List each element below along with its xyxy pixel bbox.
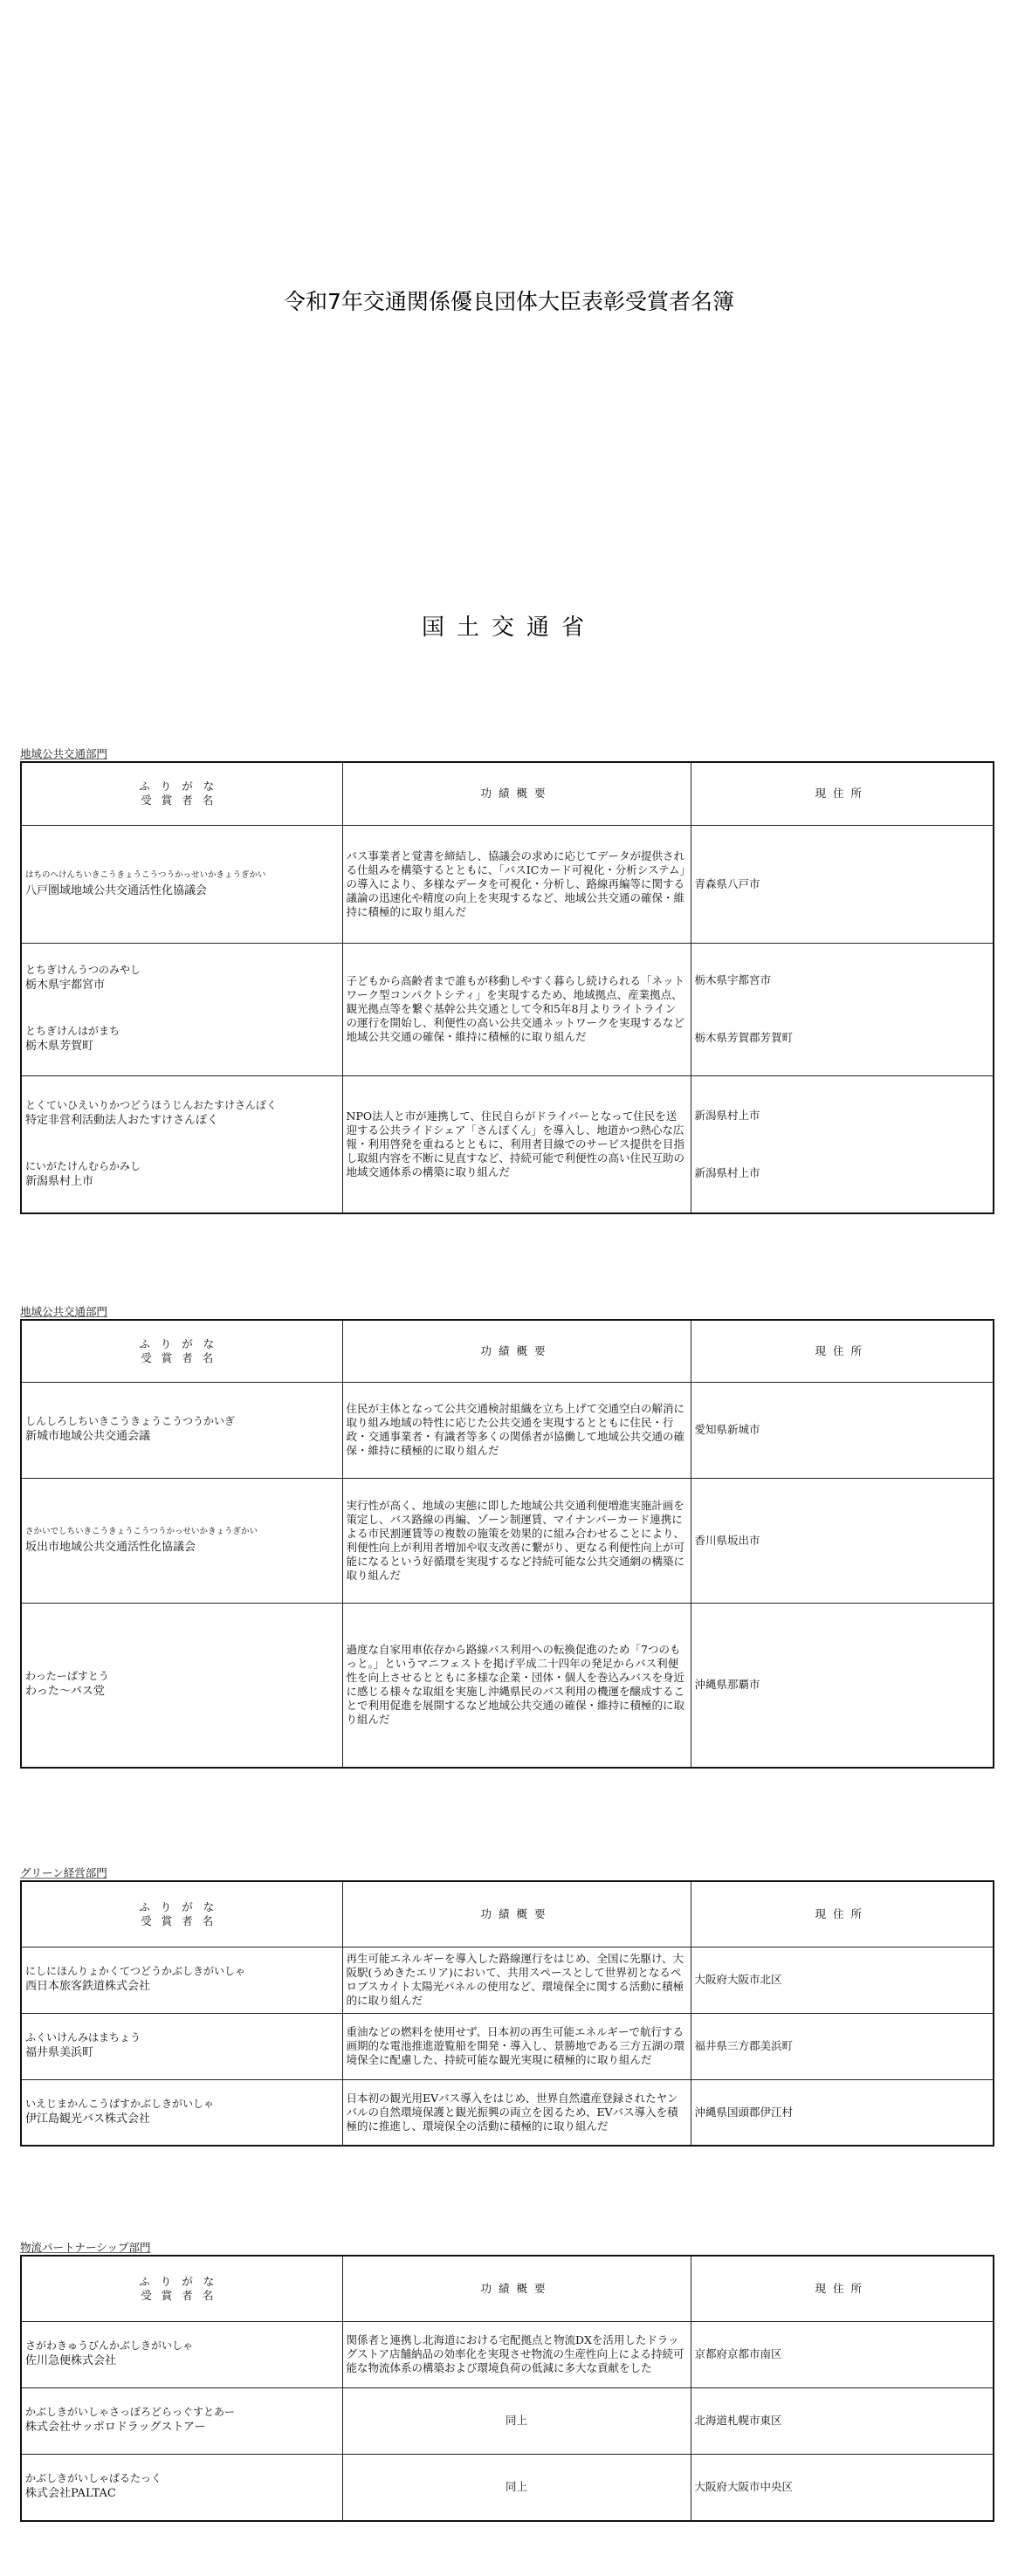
address-cell: 栃木県宇都宮市栃木県芳賀郡芳賀町: [691, 943, 994, 1075]
awardee-entity: ふくいけんみはまちょう福井県美浜町: [25, 2030, 339, 2062]
awardee-cell: さがわきゅうびんかぶしきがいしゃ佐川急便株式会社: [21, 2321, 342, 2387]
address-cell: 京都府京都市南区: [691, 2321, 994, 2387]
awardee-cell: ふくいけんみはまちょう福井県美浜町: [21, 2013, 342, 2079]
awardee-name: わった〜バス党: [25, 1683, 339, 1700]
section-label: 地域公共交通部門: [20, 1305, 993, 1319]
header-address: 現住所: [691, 762, 994, 825]
header-summary: 功績概要: [342, 1881, 691, 1947]
address-text: 福井県三方郡美浜町: [695, 2039, 990, 2053]
awardee-name: 新城市地域公共交通会議: [25, 1428, 339, 1446]
address-text: 大阪府大阪市中央区: [695, 2480, 990, 2494]
table-row: かぶしきがいしゃぱるたっく株式会社PALTAC同上大阪府大阪市中央区: [21, 2454, 994, 2521]
header-awardee: 受賞者名: [25, 2289, 339, 2303]
address-text: 栃木県芳賀郡芳賀町: [695, 1031, 990, 1045]
section-label: 地域公共交通部門: [20, 747, 993, 761]
address-text: 新潟県村上市: [695, 1166, 990, 1180]
awardee-entity: いえじまかんこうばすかぶしきがいしゃ伊江島観光バス株式会社: [25, 2097, 339, 2128]
table-row: はちのへけんちいきこうきょうこうつうかっせいかきょうぎかい八戸圏域地域公共交通活…: [21, 825, 994, 943]
achievement-summary: 同上: [342, 2387, 691, 2454]
table-row: とちぎけんうつのみやし栃木県宇都宮市とちぎけんはがまち栃木県芳賀町子どもから高齢…: [21, 943, 994, 1075]
table-row: いえじまかんこうばすかぶしきがいしゃ伊江島観光バス株式会社日本初の観光用EVバス…: [21, 2079, 994, 2146]
table-row: にしにほんりょかくてつどうかぶしきがいしゃ西日本旅客鉄道株式会社再生可能エネルギ…: [21, 1947, 994, 2013]
awardee-furigana: ふくいけんみはまちょう: [25, 2030, 339, 2044]
awardee-table: ふりがな受賞者名功績概要現住所しんしろしちいきこうきょうこうつうかいぎ新城市地域…: [20, 1319, 994, 1769]
awardee-furigana: わったーばすとう: [25, 1669, 339, 1683]
address-text: 愛知県新城市: [695, 1423, 990, 1437]
table-header-row: ふりがな受賞者名功績概要現住所: [21, 1320, 994, 1382]
table-row: とくていひえいりかつどうほうじんおたすけさんぽく特定非営利活動法人おたすけさんぽ…: [21, 1075, 994, 1213]
awardee-name: 伊江島観光バス株式会社: [25, 2111, 339, 2128]
address-cell: 福井県三方郡美浜町: [691, 2013, 994, 2079]
header-summary: 功績概要: [342, 2256, 691, 2321]
section-regional-transport-2: 地域公共交通部門ふりがな受賞者名功績概要現住所しんしろしちいきこうきょうこうつう…: [20, 1305, 993, 1769]
awardee-entity: にしにほんりょかくてつどうかぶしきがいしゃ西日本旅客鉄道株式会社: [25, 1964, 339, 1996]
awardee-furigana: さがわきゅうびんかぶしきがいしゃ: [25, 2339, 339, 2353]
address-cell: 青森県八戸市: [691, 825, 994, 943]
awardee-cell: とくていひえいりかつどうほうじんおたすけさんぽく特定非営利活動法人おたすけさんぽ…: [21, 1075, 342, 1213]
awardee-furigana: とちぎけんうつのみやし: [25, 963, 339, 977]
awardee-entity: とちぎけんうつのみやし栃木県宇都宮市: [25, 963, 339, 994]
address-text: 新潟県村上市: [695, 1109, 990, 1123]
awardee-name: 八戸圏域地域公共交通活性化協議会: [25, 883, 339, 900]
awardee-entity: しんしろしちいきこうきょうこうつうかいぎ新城市地域公共交通会議: [25, 1414, 339, 1446]
address-cell: 北海道札幌市東区: [691, 2387, 994, 2454]
header-furigana: ふりがな: [25, 1900, 339, 1914]
awardee-furigana: にいがたけんむらかみし: [25, 1159, 339, 1173]
section-label: グリーン経営部門: [20, 1866, 993, 1880]
awardee-furigana: かぶしきがいしゃぱるたっく: [25, 2471, 339, 2485]
header-awardee-name: ふりがな受賞者名: [21, 1320, 342, 1382]
section-green-management: グリーン経営部門ふりがな受賞者名功績概要現住所にしにほんりょかくてつどうかぶしき…: [20, 1866, 993, 2147]
awardee-name: 株式会社PALTAC: [25, 2485, 339, 2503]
awardee-cell: はちのへけんちいきこうきょうこうつうかっせいかきょうぎかい八戸圏域地域公共交通活…: [21, 825, 342, 943]
achievement-summary: NPO法人と市が連携して、住民自らがドライバーとなって住民を送迎する公共ライドシ…: [342, 1075, 691, 1213]
header-address: 現住所: [691, 2256, 994, 2321]
address-text: 沖縄県那覇市: [695, 1678, 990, 1692]
awardee-table: ふりがな受賞者名功績概要現住所にしにほんりょかくてつどうかぶしきがいしゃ西日本旅…: [20, 1880, 994, 2147]
table-row: ふくいけんみはまちょう福井県美浜町重油などの燃料を使用せず、日本初の再生可能エネ…: [21, 2013, 994, 2079]
address-cell: 愛知県新城市: [691, 1382, 994, 1478]
achievement-summary: 重油などの燃料を使用せず、日本初の再生可能エネルギーで航行する画期的な電池推進遊…: [342, 2013, 691, 2079]
awardee-furigana: にしにほんりょかくてつどうかぶしきがいしゃ: [25, 1964, 339, 1978]
achievement-summary: 子どもから高齢者まで誰もが移動しやすく暮らし続けられる「ネットワーク型コンパクト…: [342, 943, 691, 1075]
awardee-name: 佐川急便株式会社: [25, 2353, 339, 2370]
table-header-row: ふりがな受賞者名功績概要現住所: [21, 1881, 994, 1947]
awardee-cell: さかいでしちいきこうきょうこうつうかっせいかきょうぎかい坂出市地域公共交通活性化…: [21, 1478, 342, 1603]
awardee-cell: かぶしきがいしゃぱるたっく株式会社PALTAC: [21, 2454, 342, 2521]
achievement-summary: バス事業者と覚書を締結し、協議会の求めに応じてデータが提供される仕組みを構築する…: [342, 825, 691, 943]
awardee-entity: はちのへけんちいきこうきょうこうつうかっせいかきょうぎかい八戸圏域地域公共交通活…: [25, 869, 339, 900]
awardee-name: 西日本旅客鉄道株式会社: [25, 1978, 339, 1996]
address-cell: 大阪府大阪市中央区: [691, 2454, 994, 2521]
address-cell: 新潟県村上市新潟県村上市: [691, 1075, 994, 1213]
table-header-row: ふりがな受賞者名功績概要現住所: [21, 2256, 994, 2321]
awardee-cell: しんしろしちいきこうきょうこうつうかいぎ新城市地域公共交通会議: [21, 1382, 342, 1478]
awardee-table: ふりがな受賞者名功績概要現住所さがわきゅうびんかぶしきがいしゃ佐川急便株式会社関…: [20, 2255, 994, 2522]
header-awardee-name: ふりがな受賞者名: [21, 2256, 342, 2321]
section-logistics-partnership: 物流パートナーシップ部門ふりがな受賞者名功績概要現住所さがわきゅうびんかぶしきが…: [20, 2241, 993, 2522]
table-row: さかいでしちいきこうきょうこうつうかっせいかきょうぎかい坂出市地域公共交通活性化…: [21, 1478, 994, 1603]
awardee-cell: にしにほんりょかくてつどうかぶしきがいしゃ西日本旅客鉄道株式会社: [21, 1947, 342, 2013]
address-text: 京都府京都市南区: [695, 2347, 990, 2361]
header-awardee: 受賞者名: [25, 1914, 339, 1928]
header-furigana: ふりがな: [25, 1337, 339, 1351]
achievement-summary: 過度な自家用車依存から路線バス利用への転換促進のため「7つのもっと。」というマニ…: [342, 1603, 691, 1768]
table-header-row: ふりがな受賞者名功績概要現住所: [21, 762, 994, 825]
address-text: 青森県八戸市: [695, 877, 990, 891]
awardee-cell: いえじまかんこうばすかぶしきがいしゃ伊江島観光バス株式会社: [21, 2079, 342, 2146]
header-awardee: 受賞者名: [25, 793, 339, 807]
address-cell: 香川県坂出市: [691, 1478, 994, 1603]
awardee-name: 坂出市地域公共交通活性化協議会: [25, 1539, 339, 1556]
awardee-entity: かぶしきがいしゃさっぽろどらっぐすとあー株式会社サッポロドラッグストアー: [25, 2405, 339, 2436]
table-row: さがわきゅうびんかぶしきがいしゃ佐川急便株式会社関係者と連携し北海道における宅配…: [21, 2321, 994, 2387]
awardee-name: 株式会社サッポロドラッグストアー: [25, 2419, 339, 2436]
awardee-cell: わったーばすとうわった〜バス党: [21, 1603, 342, 1768]
achievement-summary: 関係者と連携し北海道における宅配拠点と物流DXを活用したドラッグストア店舗納品の…: [342, 2321, 691, 2387]
awardee-entity: とちぎけんはがまち栃木県芳賀町: [25, 1024, 339, 1055]
ministry-name: 国土交通省: [0, 609, 1018, 642]
awardee-furigana: とくていひえいりかつどうほうじんおたすけさんぽく: [25, 1098, 339, 1112]
awardee-furigana: はちのへけんちいきこうきょうこうつうかっせいかきょうぎかい: [25, 869, 339, 883]
awardee-name: 新潟県村上市: [25, 1173, 339, 1191]
awardee-name: 福井県美浜町: [25, 2044, 339, 2062]
awardee-furigana: かぶしきがいしゃさっぽろどらっぐすとあー: [25, 2405, 339, 2419]
address-text: 沖縄県国頭郡伊江村: [695, 2105, 990, 2119]
address-text: 香川県坂出市: [695, 1534, 990, 1548]
header-summary: 功績概要: [342, 762, 691, 825]
awardee-entity: さがわきゅうびんかぶしきがいしゃ佐川急便株式会社: [25, 2339, 339, 2370]
table-row: かぶしきがいしゃさっぽろどらっぐすとあー株式会社サッポロドラッグストアー同上北海…: [21, 2387, 994, 2454]
awardee-table: ふりがな受賞者名功績概要現住所はちのへけんちいきこうきょうこうつうかっせいかきょ…: [20, 761, 994, 1214]
header-address: 現住所: [691, 1320, 994, 1382]
awardee-entity: かぶしきがいしゃぱるたっく株式会社PALTAC: [25, 2471, 339, 2503]
address-cell: 大阪府大阪市北区: [691, 1947, 994, 2013]
awardee-name: 栃木県宇都宮市: [25, 977, 339, 994]
header-awardee-name: ふりがな受賞者名: [21, 762, 342, 825]
header-address: 現住所: [691, 1881, 994, 1947]
section-regional-transport-1: 地域公共交通部門ふりがな受賞者名功績概要現住所はちのへけんちいきこうきょうこうつ…: [20, 747, 993, 1214]
table-row: わったーばすとうわった〜バス党過度な自家用車依存から路線バス利用への転換促進のた…: [21, 1603, 994, 1768]
achievement-summary: 日本初の観光用EVバス導入をはじめ、世界自然遺産登録されたヤンバルの自然環境保護…: [342, 2079, 691, 2146]
awardee-furigana: しんしろしちいきこうきょうこうつうかいぎ: [25, 1414, 339, 1428]
table-row: しんしろしちいきこうきょうこうつうかいぎ新城市地域公共交通会議住民が主体となって…: [21, 1382, 994, 1478]
section-label: 物流パートナーシップ部門: [20, 2241, 993, 2255]
document-title: 令和7年交通関係優良団体大臣表彰受賞者名簿: [0, 285, 1018, 316]
header-furigana: ふりがな: [25, 780, 339, 793]
address-cell: 沖縄県那覇市: [691, 1603, 994, 1768]
awardee-cell: とちぎけんうつのみやし栃木県宇都宮市とちぎけんはがまち栃木県芳賀町: [21, 943, 342, 1075]
header-awardee: 受賞者名: [25, 1351, 339, 1365]
awardee-name: 特定非営利活動法人おたすけさんぽく: [25, 1112, 339, 1130]
header-awardee-name: ふりがな受賞者名: [21, 1881, 342, 1947]
achievement-summary: 再生可能エネルギーを導入した路線運行をはじめ、全国に先駆け、大阪駅(うめきたエリ…: [342, 1947, 691, 2013]
awardee-entity: にいがたけんむらかみし新潟県村上市: [25, 1159, 339, 1191]
awardee-entity: とくていひえいりかつどうほうじんおたすけさんぽく特定非営利活動法人おたすけさんぽ…: [25, 1098, 339, 1130]
address-text: 北海道札幌市東区: [695, 2414, 990, 2428]
header-summary: 功績概要: [342, 1320, 691, 1382]
awardee-furigana: さかいでしちいきこうきょうこうつうかっせいかきょうぎかい: [25, 1525, 339, 1539]
header-furigana: ふりがな: [25, 2275, 339, 2289]
achievement-summary: 実行性が高く、地域の実態に即した地域公共交通利便増進実施計画を策定し、バス路線の…: [342, 1478, 691, 1603]
awardee-furigana: いえじまかんこうばすかぶしきがいしゃ: [25, 2097, 339, 2111]
awardee-name: 栃木県芳賀町: [25, 1038, 339, 1055]
awardee-entity: さかいでしちいきこうきょうこうつうかっせいかきょうぎかい坂出市地域公共交通活性化…: [25, 1525, 339, 1556]
address-text: 栃木県宇都宮市: [695, 973, 990, 987]
achievement-summary: 住民が主体となって公共交通検討組織を立ち上げて交通空白の解消に取り組み地域の特性…: [342, 1382, 691, 1478]
address-cell: 沖縄県国頭郡伊江村: [691, 2079, 994, 2146]
awardee-cell: かぶしきがいしゃさっぽろどらっぐすとあー株式会社サッポロドラッグストアー: [21, 2387, 342, 2454]
achievement-summary: 同上: [342, 2454, 691, 2521]
address-text: 大阪府大阪市北区: [695, 1973, 990, 1987]
awardee-furigana: とちぎけんはがまち: [25, 1024, 339, 1038]
awardee-entity: わったーばすとうわった〜バス党: [25, 1669, 339, 1700]
